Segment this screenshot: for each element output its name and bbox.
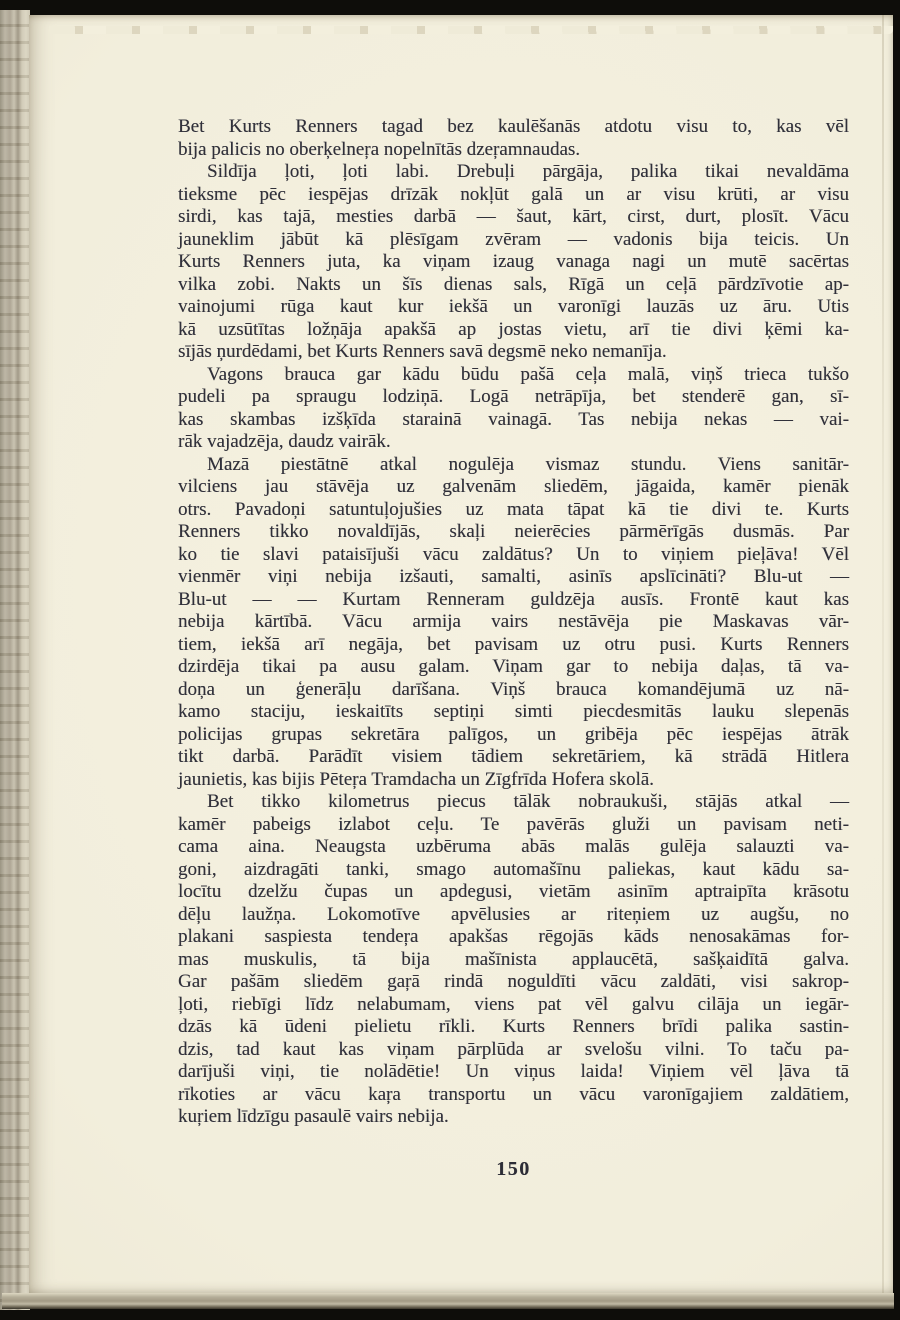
text-line: Sildīja ļoti, ļoti labi. Drebuļi pārgāja… [178, 161, 849, 184]
paragraph: Vagons brauca gar kādu būdu pašā ceļa ma… [178, 364, 849, 454]
text-line: kamēr pabeigs izlabot ceļu. Te pavērās g… [178, 814, 849, 837]
text-line: pudeli pa spraugu lodziņā. Logā netrāpīj… [178, 386, 849, 409]
text-line: dzās kā ūdeni pielietu rīkli. Kurts Renn… [178, 1016, 849, 1039]
text-line: plakani saspiesta tendeŗa apakšas rēgojā… [178, 926, 849, 949]
paragraph: Mazā piestātnē atkal nogulēja vismaz stu… [178, 454, 849, 792]
text-line: vienmēr viņi nebija izšauti, samalti, as… [178, 566, 849, 589]
text-line: otrs. Pavadoņi satuntuļojušies uz mata t… [178, 499, 849, 522]
text-column: Bet Kurts Renners tagad bez kaulēšanās a… [178, 116, 849, 1129]
text-line: Bet Kurts Renners tagad bez kaulēšanās a… [178, 116, 849, 139]
text-line: policijas grupas sekretāra palīgos, un g… [178, 724, 849, 747]
text-line: locītu dzelžu čupas un apdegusi, vietām … [178, 881, 849, 904]
paragraph: Bet tikko kilometrus piecus tālāk nobrau… [178, 791, 849, 1129]
book-leaf-edges-left [0, 10, 30, 1310]
text-line: ļoti, riebīgi līdz nelabumam, viens pat … [178, 994, 849, 1017]
text-line: Vagons brauca gar kādu būdu pašā ceļa ma… [178, 364, 849, 387]
text-line: Kurts Renners juta, ka viņam izaug vanag… [178, 251, 849, 274]
page-number: 150 [178, 1158, 849, 1181]
text-line: vilciens jau stāvēja uz galvenām sliedēm… [178, 476, 849, 499]
text-line: nebija kārtībā. Vācu armija vairs nestāv… [178, 611, 849, 634]
text-line: ko tie slavi pataisījuši vācu zaldātus? … [178, 544, 849, 567]
text-line: cama aina. Neaugsta uzbēruma abās malās … [178, 836, 849, 859]
text-line: tikt darbā. Parādīt visiem tādiem sekret… [178, 746, 849, 769]
text-line: rīkoties ar vācu kaŗa transportu un vācu… [178, 1084, 849, 1107]
text-line: kamo staciju, ieskaitīts septiņi simti p… [178, 701, 849, 724]
text-line: darījuši viņi, tie nolādētie! Un viņus l… [178, 1061, 849, 1084]
text-line: jauneklim jābūt kā plēsīgam zvēram — vad… [178, 229, 849, 252]
text-line: vainojumi rūga kaut kur iekšā un varonīg… [178, 296, 849, 319]
text-line: sirdi, kas tajā, mesties darbā — šaut, k… [178, 206, 849, 229]
book-scan: { "document": { "page_number": "150", "p… [0, 0, 900, 1320]
book-leaf-edges-bottom [2, 1293, 894, 1309]
text-line: tiem, iekšā arī negāja, bet pavisam uz o… [178, 634, 849, 657]
text-line: mas muskulis, tā bija mašīnista applaucē… [178, 949, 849, 972]
text-line: Gar pašām sliedēm gaŗā rindā noguldīti v… [178, 971, 849, 994]
text-line: doņa un ģenerāļu darīšana. Viņš brauca k… [178, 679, 849, 702]
text-line: Bet tikko kilometrus piecus tālāk nobrau… [178, 791, 849, 814]
text-line: dēļu laužņa. Lokomotīve apvēlusies ar ri… [178, 904, 849, 927]
paragraph: Sildīja ļoti, ļoti labi. Drebuļi pārgāja… [178, 161, 849, 364]
text-line: dzirdēja tikai pa ausu galam. Viņam gar … [178, 656, 849, 679]
text-line: sījās ņurdēdami, bet Kurts Renners savā … [178, 341, 849, 364]
text-line: rāk vajadzēja, daudz vairāk. [178, 431, 849, 454]
text-line: dzis, tad kaut kas viņam pārplūda ar sve… [178, 1039, 849, 1062]
text-line: Blu-ut — — Kurtam Renneram guldzēja ausī… [178, 589, 849, 612]
text-line: tieksme pēc iespējas drīzāk nokļūt galā … [178, 184, 849, 207]
paragraph: Bet Kurts Renners tagad bez kaulēšanās a… [178, 116, 849, 161]
text-line: kas skambas izšķīda starainā vainagā. Ta… [178, 409, 849, 432]
paper-deckle-edge [49, 26, 893, 34]
text-line: bija palicis no oberķelneŗa nopelnītās d… [178, 139, 849, 162]
text-line: vilka zobi. Nakts un šīs dienas sals, Rī… [178, 274, 849, 297]
text-line: goni, aizdragāti tanki, smago automašīnu… [178, 859, 849, 882]
book-page: Bet Kurts Renners tagad bez kaulēšanās a… [29, 15, 893, 1293]
text-line: Renners tikko novaldījās, skaļi neierēci… [178, 521, 849, 544]
text-line: jaunietis, kas bijis Pēteŗa Tramdacha un… [178, 769, 849, 792]
text-line: kuŗiem līdzīgu pasaulē vairs nebija. [178, 1106, 849, 1129]
text-line: Mazā piestātnē atkal nogulēja vismaz stu… [178, 454, 849, 477]
text-line: kā uzsūtītas ložņāja apakšā ap jostas vi… [178, 319, 849, 342]
